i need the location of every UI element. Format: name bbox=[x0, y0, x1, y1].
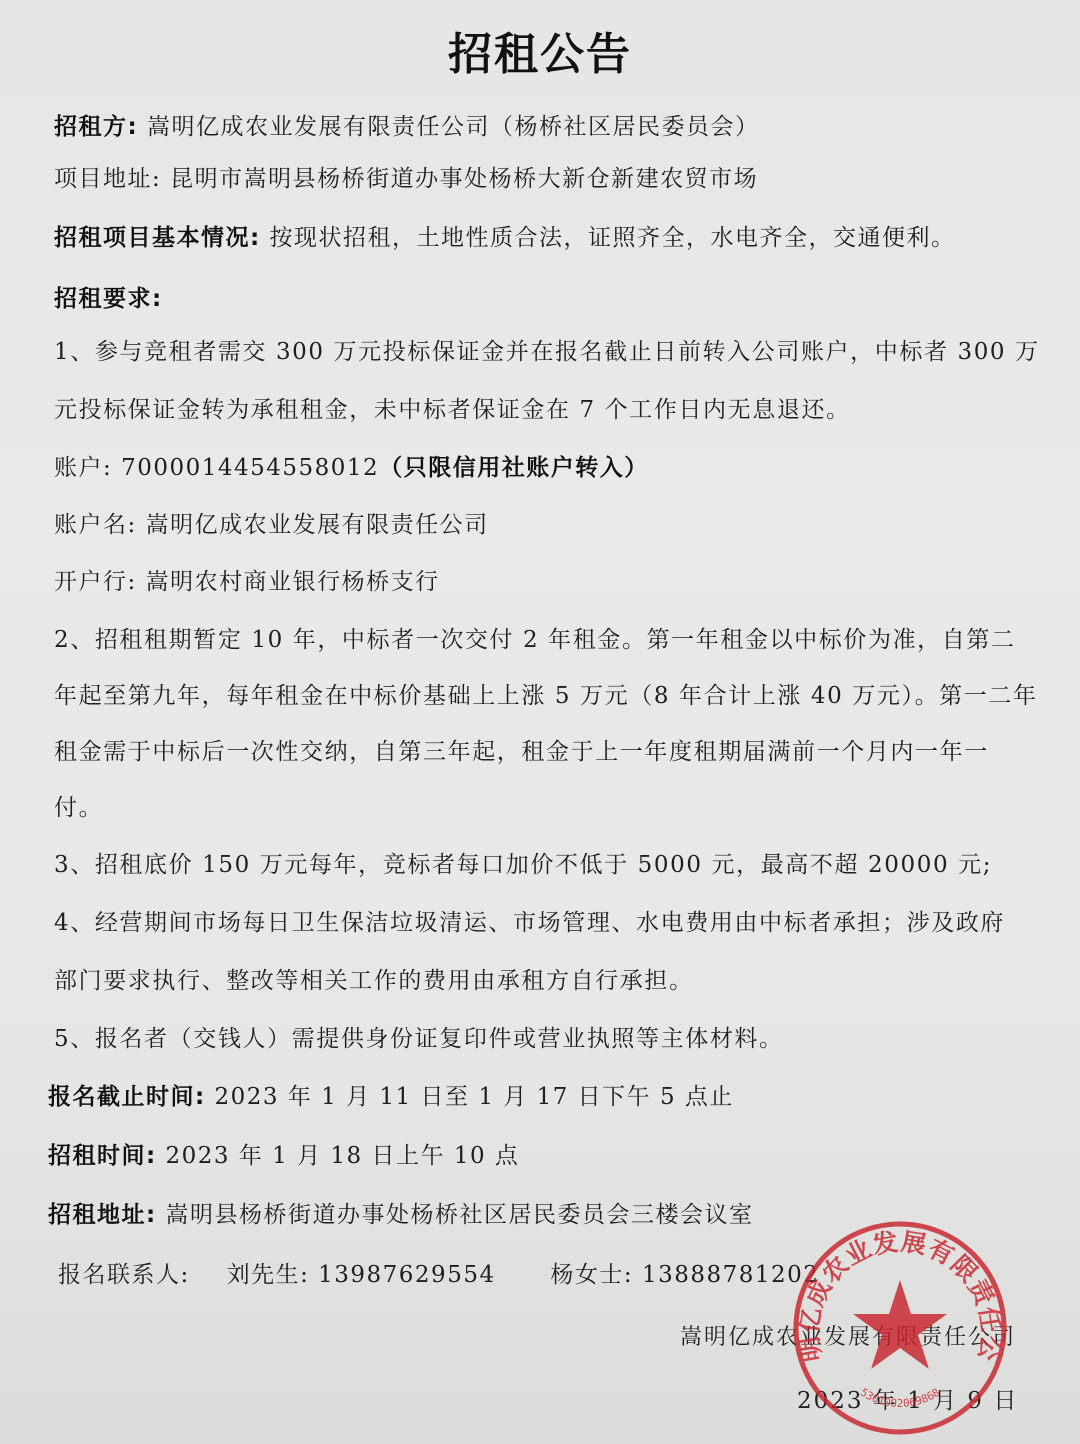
account-note: （只限信用社账户转入） bbox=[379, 455, 649, 481]
seal-star-icon bbox=[853, 1280, 947, 1369]
lessor-label: 招租方: bbox=[54, 114, 138, 140]
lessor-value: 嵩明亿成农业发展有限责任公司（杨桥社区居民委员会） bbox=[147, 114, 760, 140]
project-address-line: 项目地址: 昆明市嵩明县杨桥街道办事处杨桥大新仓新建农贸市场 bbox=[54, 160, 758, 193]
account-name-label: 账户名: bbox=[54, 512, 137, 538]
requirement-1-line-1: 1、参与竞租者需交 300 万元投标保证金并在报名截止日前转入公司账户，中标者 … bbox=[54, 333, 1040, 366]
registration-deadline-line: 报名截止时间: 2023 年 1 月 11 日至 1 月 17 日下午 5 点止 bbox=[48, 1078, 734, 1111]
bidding-time-value: 2023 年 1 月 18 日上午 10 点 bbox=[166, 1143, 520, 1169]
requirement-4-line-1: 4、经营期间市场每日卫生保洁垃圾清运、市场管理、水电费用由中标者承担；涉及政府 bbox=[54, 904, 1005, 937]
seal-code: 5301002069868 bbox=[858, 1386, 942, 1410]
account-line: 账户: 7000014454558012（只限信用社账户转入） bbox=[54, 449, 649, 482]
registration-deadline-label: 报名截止时间: bbox=[48, 1084, 206, 1110]
registration-deadline-value: 2023 年 1 月 11 日至 1 月 17 日下午 5 点止 bbox=[215, 1084, 734, 1110]
lessor-line: 招租方: 嵩明亿成农业发展有限责任公司（杨桥社区居民委员会） bbox=[54, 108, 760, 141]
project-address-label: 项目地址: bbox=[54, 166, 161, 192]
account-name-line: 账户名: 嵩明亿成农业发展有限责任公司 bbox=[54, 506, 489, 539]
bank-value: 嵩明农村商业银行杨桥支行 bbox=[146, 569, 440, 595]
contacts-label: 报名联系人: bbox=[58, 1256, 190, 1289]
requirement-2-line-2: 年起至第九年，每年租金在中标价基础上上涨 5 万元（8 年合计上涨 40 万元）… bbox=[54, 677, 1038, 710]
contacts-line: 报名联系人: 刘先生: 13987629554 杨女士: 13888781202 bbox=[58, 1256, 819, 1289]
requirement-5-line: 5、报名者（交钱人）需提供身份证复印件或营业执照等主体材料。 bbox=[54, 1020, 784, 1053]
bidding-time-label: 招租时间: bbox=[48, 1143, 157, 1169]
bidding-address-line: 招租地址: 嵩明县杨桥街道办事处杨桥社区居民委员会三楼会议室 bbox=[48, 1196, 754, 1229]
basic-info-label: 招租项目基本情况: bbox=[54, 225, 261, 251]
bank-line: 开户行: 嵩明农村商业银行杨桥支行 bbox=[54, 563, 440, 596]
basic-info-line: 招租项目基本情况: 按现状招租，土地性质合法，证照齐全，水电齐全，交通便利。 bbox=[54, 219, 956, 252]
bidding-address-label: 招租地址: bbox=[48, 1202, 157, 1228]
project-address-value: 昆明市嵩明县杨桥街道办事处杨桥大新仓新建农贸市场 bbox=[170, 166, 758, 192]
requirements-heading: 招租要求: bbox=[54, 286, 163, 312]
bank-label: 开户行: bbox=[54, 569, 137, 595]
contact-name-2: 杨女士: bbox=[550, 1256, 633, 1289]
account-name-value: 嵩明亿成农业发展有限责任公司 bbox=[146, 512, 489, 538]
requirement-4-line-2: 部门要求执行、整改等相关工作的费用由承租方自行承担。 bbox=[54, 962, 694, 995]
account-label: 账户: bbox=[54, 455, 112, 481]
bidding-time-line: 招租时间: 2023 年 1 月 18 日上午 10 点 bbox=[48, 1137, 519, 1170]
account-number: 7000014454558012 bbox=[121, 455, 379, 481]
document-page: 招租公告 招租方: 嵩明亿成农业发展有限责任公司（杨桥社区居民委员会） 项目地址… bbox=[0, 0, 1080, 1444]
contact-phone-1: 13987629554 bbox=[318, 1262, 495, 1288]
requirement-2-line-3: 租金需于中标后一次性交纳，自第三年起，租金于上一年度租期届满前一个月内一年一 bbox=[54, 733, 989, 766]
requirements-heading-line: 招租要求: bbox=[54, 280, 163, 313]
requirement-2-line-4: 付。 bbox=[54, 789, 103, 822]
basic-info-value: 按现状招租，土地性质合法，证照齐全，水电齐全，交通便利。 bbox=[270, 225, 956, 251]
page-title: 招租公告 bbox=[0, 18, 1080, 82]
bidding-address-value: 嵩明县杨桥街道办事处杨桥社区居民委员会三楼会议室 bbox=[166, 1202, 754, 1228]
requirement-3-line: 3、招租底价 150 万元每年，竞标者每口加价不低于 5000 元，最高不超 2… bbox=[54, 846, 992, 879]
official-seal-stamp: 嵩明亿成农业发展有限责任公司 5301002069868 bbox=[790, 1218, 1010, 1438]
requirement-2-line-1: 2、招租租期暂定 10 年，中标者一次交付 2 年租金。第一年租金以中标价为准，… bbox=[54, 621, 1016, 654]
requirement-1-line-2: 元投标保证金转为承租租金，未中标者保证金在 7 个工作日内无息退还。 bbox=[54, 391, 851, 424]
contact-name-1: 刘先生: bbox=[227, 1256, 310, 1289]
